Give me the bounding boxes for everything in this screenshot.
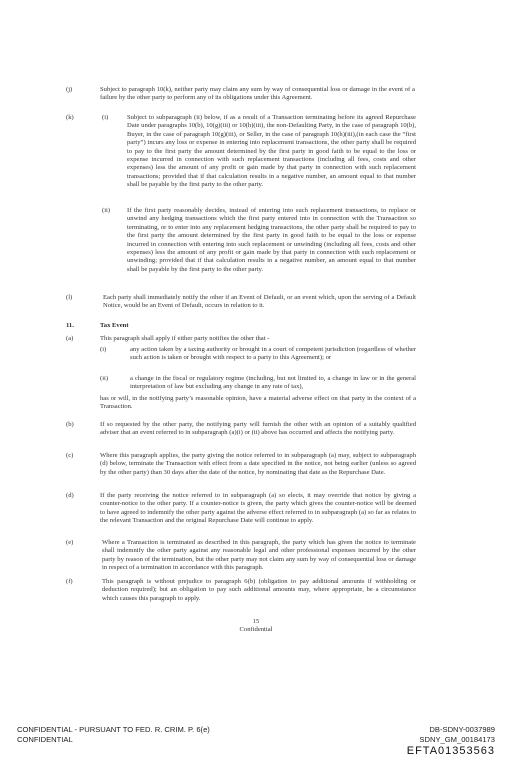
section-11-number: 11. bbox=[66, 322, 74, 330]
paragraph-l-text: Each party shall immediately notify the … bbox=[103, 294, 416, 311]
footer-confidential-notice: CONFIDENTIAL - PURSUANT TO FED. R. CRIM.… bbox=[17, 725, 210, 735]
document-page: (j) Subject to paragraph 10(k), neither … bbox=[0, 0, 512, 762]
footer-bates-db: DB-SDNY-0037989 bbox=[429, 725, 495, 735]
section-11-d-label: (d) bbox=[66, 492, 74, 500]
footer-bates-efta: EFTA01353563 bbox=[407, 745, 495, 757]
paragraph-j-text: Subject to paragraph 10(k), neither part… bbox=[100, 86, 415, 103]
paragraph-k-label: (k) bbox=[66, 114, 74, 122]
paragraph-k-i-label: (i) bbox=[102, 114, 108, 122]
section-11-a-tail-text: has or will, in the notifying party’s re… bbox=[100, 395, 416, 412]
section-11-c-text: Where this paragraph applies, the party … bbox=[100, 452, 416, 477]
paragraph-k-ii-label: (ii) bbox=[102, 207, 110, 215]
paragraph-j-label: (j) bbox=[66, 86, 72, 94]
paragraph-k-ii-text: If the first party reasonably decides, i… bbox=[127, 207, 416, 274]
section-11-a-label: (a) bbox=[66, 335, 73, 343]
section-11-a-ii-text: a change in the fiscal or regulatory reg… bbox=[130, 375, 416, 392]
section-11-f-label: (f) bbox=[66, 578, 73, 586]
section-11-a-i-text: any action taken by a taxing authority o… bbox=[130, 346, 416, 363]
page-confidential-marking: Confidential bbox=[206, 626, 306, 634]
section-11-c-label: (c) bbox=[66, 452, 73, 460]
section-11-e-text: Where a Transaction is terminated as des… bbox=[102, 539, 416, 573]
paragraph-l-label: (l) bbox=[66, 294, 72, 302]
footer-bates-sdny: SDNY_GM_00184173 bbox=[419, 735, 495, 745]
section-11-a-text: This paragraph shall apply if either par… bbox=[100, 335, 416, 343]
section-11-d-text: If the party receiving the notice referr… bbox=[100, 492, 416, 526]
section-11-f-text: This paragraph is without prejudice to p… bbox=[102, 578, 416, 603]
section-11-a-ii-label: (ii) bbox=[100, 375, 108, 383]
section-11-b-label: (b) bbox=[66, 421, 74, 429]
paragraph-k-i-text: Subject to subparagraph (ii) below, if a… bbox=[127, 114, 416, 190]
section-11-b-text: If so requested by the other party, the … bbox=[100, 421, 416, 438]
footer-confidential: CONFIDENTIAL bbox=[17, 735, 73, 745]
section-11-e-label: (e) bbox=[66, 539, 73, 547]
section-11-title: Tax Event bbox=[100, 322, 129, 330]
section-11-a-i-label: (i) bbox=[100, 346, 106, 354]
